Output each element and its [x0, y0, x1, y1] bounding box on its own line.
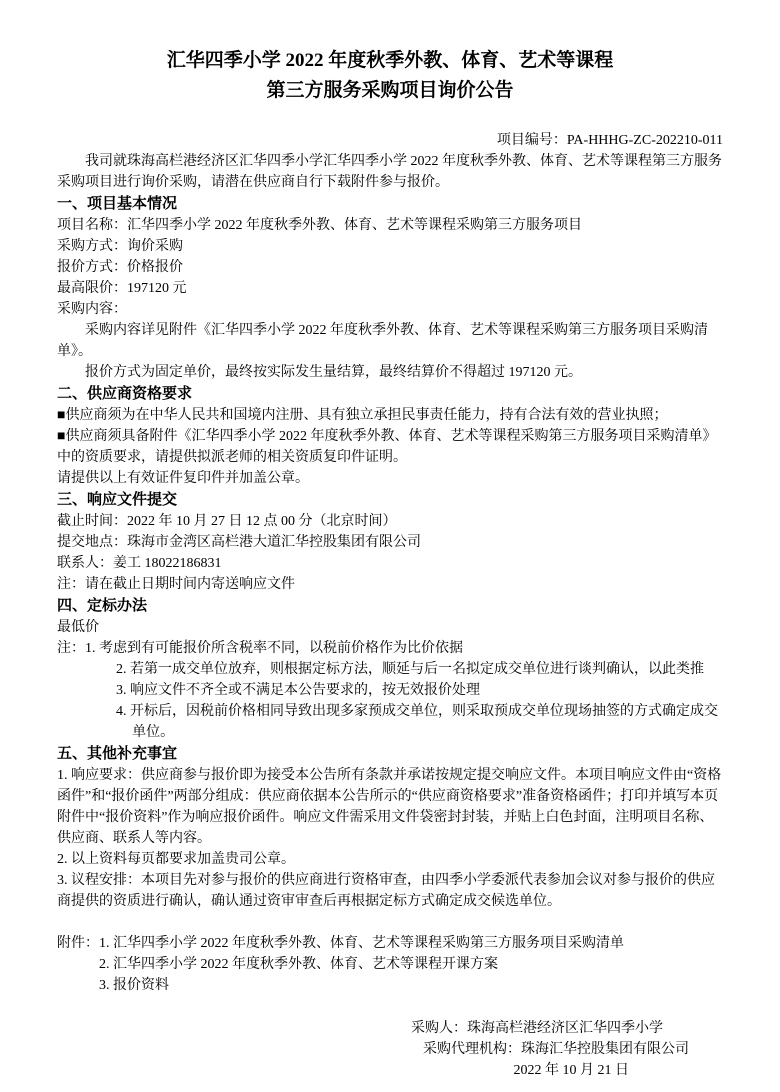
project-name-line: 项目名称：汇华四季小学 2022 年度秋季外教、体育、艺术等课程采购第三方服务项… [57, 215, 723, 236]
section-3-heading: 三、响应文件提交 [57, 489, 723, 511]
supplier-requirement-1: ■供应商须为在中华人民共和国境内注册、具有独立承担民事责任能力，持有合法有效的营… [57, 405, 723, 426]
quote-method-line: 报价方式：价格报价 [57, 257, 723, 278]
award-method-line: 最低价 [57, 617, 723, 638]
document-title-line2: 第三方服务采购项目询价公告 [266, 80, 513, 101]
purchase-content-label: 采购内容： [57, 299, 723, 320]
purchase-method-line: 采购方式：询价采购 [57, 236, 723, 257]
document-page: 汇华四季小学 2022 年度秋季外教、体育、艺术等课程 第三方服务采购项目询价公… [0, 0, 780, 1092]
supplement-item-3: 3. 议程安排：本项目先对参与报价的供应商进行资格审查，由四季小学委派代表参加会… [57, 870, 723, 912]
section-2-heading: 二、供应商资格要求 [57, 383, 723, 405]
settlement-line: 报价方式为固定单价，最终按实际发生量结算，最终结算价不得超过 197120 元。 [57, 362, 723, 383]
document-date: 2022 年 10 月 21 日 [57, 1060, 723, 1081]
supplier-requirement-3: 请提供以上有效证件复印件并加盖公章。 [57, 468, 723, 489]
submission-note-line: 注：请在截止日期时间内寄送响应文件 [57, 574, 723, 595]
purchase-content-detail: 采购内容详见附件《汇华四季小学 2022 年度秋季外教、体育、艺术等课程采购第三… [57, 320, 723, 362]
supplement-item-2: 2. 以上资料每页都要求加盖贵司公章。 [57, 849, 723, 870]
section-4-heading: 四、定标办法 [57, 595, 723, 617]
intro-paragraph: 我司就珠海高栏港经济区汇华四季小学汇华四季小学 2022 年度秋季外教、体育、艺… [57, 151, 723, 193]
deadline-line: 截止时间：2022 年 10 月 27 日 12 点 00 分（北京时间） [57, 511, 723, 532]
award-note-4: 4. 开标后，因税前价格相同导致出现多家预成交单位，则采取预成交单位现场抽签的方… [116, 701, 723, 743]
award-notes-row: 注： 1. 考虑到有可能报价所含税率不同，以税前价格作为比价依据 [57, 638, 723, 659]
attachment-item-2: 2. 汇华四季小学 2022 年度秋季外教、体育、艺术等课程开课方案 [99, 954, 723, 975]
attachments-list: 1. 汇华四季小学 2022 年度秋季外教、体育、艺术等课程采购第三方服务项目采… [99, 933, 723, 996]
document-title-line1: 汇华四季小学 2022 年度秋季外教、体育、艺术等课程 [167, 50, 614, 71]
supplement-item-1: 1. 响应要求：供应商参与报价即为接受本公告所有条款并承诺按规定提交响应文件。本… [57, 765, 723, 849]
attachment-item-3: 3. 报价资料 [99, 975, 723, 996]
attachments-label: 附件： [57, 933, 99, 996]
attachments-block: 附件： 1. 汇华四季小学 2022 年度秋季外教、体育、艺术等课程采购第三方服… [57, 933, 723, 996]
award-note-1: 1. 考虑到有可能报价所含税率不同，以税前价格作为比价依据 [85, 638, 723, 659]
project-number: 项目编号：PA-HHHG-ZC-202210-011 [57, 130, 723, 151]
award-note-2: 2. 若第一成交单位放弃，则根据定标方法，顺延与后一名拟定成交单位进行谈判确认，… [116, 659, 723, 680]
purchaser-line: 采购人：珠海高栏港经济区汇华四季小学 [57, 1018, 723, 1039]
max-price-line: 最高限价：197120 元 [57, 278, 723, 299]
signature-block: 采购人：珠海高栏港经济区汇华四季小学 采购代理机构：珠海汇华控股集团有限公司 2… [57, 1018, 723, 1081]
award-notes-label: 注： [57, 638, 85, 659]
contact-line: 联系人：姜工 18022186831 [57, 553, 723, 574]
section-5-heading: 五、其他补充事宜 [57, 743, 723, 765]
award-note-3: 3. 响应文件不齐全或不满足本公告要求的，按无效报价处理 [116, 680, 723, 701]
attachment-item-1: 1. 汇华四季小学 2022 年度秋季外教、体育、艺术等课程采购第三方服务项目采… [99, 933, 723, 954]
agency-line: 采购代理机构：珠海汇华控股集团有限公司 [57, 1039, 723, 1060]
section-1-heading: 一、项目基本情况 [57, 193, 723, 215]
document-title: 汇华四季小学 2022 年度秋季外教、体育、艺术等课程 第三方服务采购项目询价公… [57, 46, 723, 106]
submit-address-line: 提交地点：珠海市金湾区高栏港大道汇华控股集团有限公司 [57, 532, 723, 553]
supplier-requirement-2: ■供应商须具备附件《汇华四季小学 2022 年度秋季外教、体育、艺术等课程采购第… [57, 426, 723, 468]
